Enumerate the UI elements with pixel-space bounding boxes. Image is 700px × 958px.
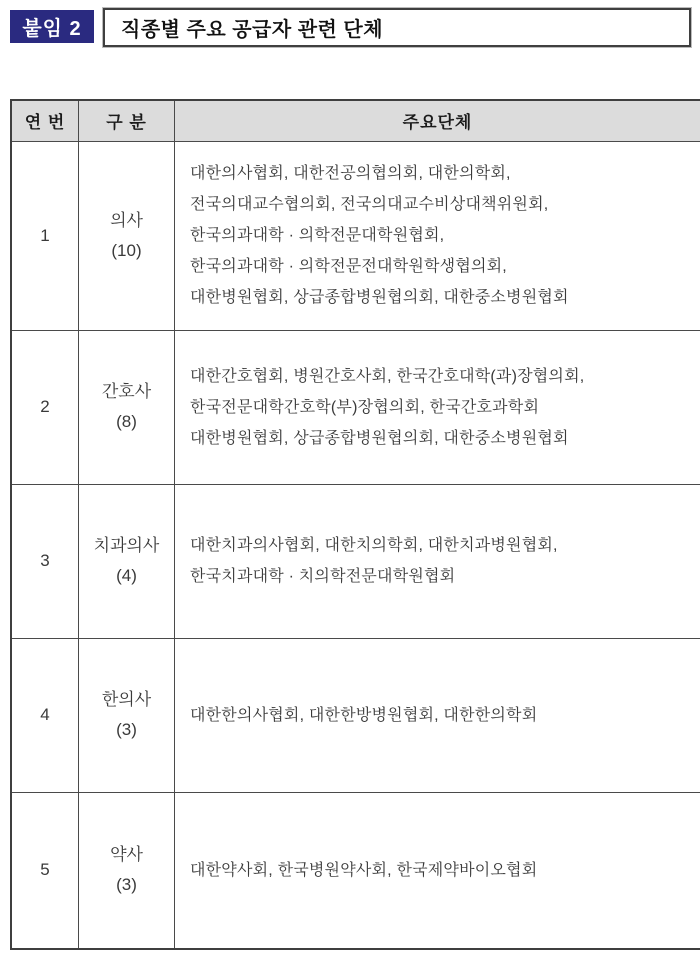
category-name: 간호사 <box>80 377 173 407</box>
row-number: 4 <box>11 638 79 792</box>
organization-line: 대한약사회, 한국병원약사회, 한국제약바이오협회 <box>190 855 692 886</box>
organization-line: 대한병원협회, 상급종합병원협의회, 대한중소병원협회 <box>190 423 692 454</box>
row-number: 5 <box>11 792 79 949</box>
attachment-badge: 붙임 2 <box>10 10 94 43</box>
category-count: (10) <box>80 236 173 266</box>
row-number: 3 <box>11 484 79 638</box>
category-cell: 의사 (10) <box>79 141 175 330</box>
category-name: 치과의사 <box>80 531 173 561</box>
row-number: 1 <box>11 141 79 330</box>
category-name: 약사 <box>80 840 173 870</box>
organization-line: 대한치과의사협회, 대한치의학회, 대한치과병원협회, <box>190 530 692 561</box>
organization-line: 대한의사협회, 대한전공의협의회, 대한의학회, <box>190 158 692 189</box>
column-header-serial-number: 연 번 <box>11 100 79 141</box>
column-header-category: 구 분 <box>79 100 175 141</box>
table-header-row: 연 번 구 분 주요단체 <box>11 100 700 141</box>
organization-line: 한국의과대학 · 의학전문대학원협회, <box>190 220 692 251</box>
category-name: 의사 <box>80 206 173 236</box>
organization-line: 한국의과대학 · 의학전문전대학원학생협의회, <box>190 251 692 282</box>
organization-line: 한국치과대학 · 치의학전문대학원협회 <box>190 561 692 592</box>
organizations-cell: 대한치과의사협회, 대한치의학회, 대한치과병원협회, 한국치과대학 · 치의학… <box>175 484 700 638</box>
organization-line: 대한간호협회, 병원간호사회, 한국간호대학(과)장협의회, <box>190 361 692 392</box>
table-row: 2 간호사 (8) 대한간호협회, 병원간호사회, 한국간호대학(과)장협의회,… <box>11 330 700 484</box>
category-count: (8) <box>80 407 173 437</box>
organizations-cell: 대한약사회, 한국병원약사회, 한국제약바이오협회 <box>175 792 700 949</box>
organization-line: 대한병원협회, 상급종합병원협의회, 대한중소병원협회 <box>190 282 692 313</box>
row-number: 2 <box>11 330 79 484</box>
supplier-organizations-table: 연 번 구 분 주요단체 1 의사 (10) 대한의사협회, 대한전공의협의회,… <box>10 99 700 950</box>
category-count: (3) <box>80 870 173 900</box>
column-header-organizations: 주요단체 <box>175 100 700 141</box>
document-title: 직종별 주요 공급자 관련 단체 <box>121 13 383 42</box>
category-count: (3) <box>80 715 173 745</box>
organizations-cell: 대한간호협회, 병원간호사회, 한국간호대학(과)장협의회, 한국전문대학간호학… <box>175 330 700 484</box>
category-cell: 한의사 (3) <box>79 638 175 792</box>
table-row: 5 약사 (3) 대한약사회, 한국병원약사회, 한국제약바이오협회 <box>11 792 700 949</box>
category-name: 한의사 <box>80 685 173 715</box>
document-page: 붙임 2 직종별 주요 공급자 관련 단체 연 번 구 분 주요단체 1 의사 … <box>0 0 700 958</box>
organization-line: 한국전문대학간호학(부)장협의회, 한국간호과학회 <box>190 392 692 423</box>
category-cell: 치과의사 (4) <box>79 484 175 638</box>
category-cell: 간호사 (8) <box>79 330 175 484</box>
table-row: 1 의사 (10) 대한의사협회, 대한전공의협의회, 대한의학회, 전국의대교… <box>11 141 700 330</box>
category-cell: 약사 (3) <box>79 792 175 949</box>
document-title-box: 직종별 주요 공급자 관련 단체 <box>103 8 691 47</box>
organizations-cell: 대한한의사협회, 대한한방병원협회, 대한한의학회 <box>175 638 700 792</box>
table-row: 4 한의사 (3) 대한한의사협회, 대한한방병원협회, 대한한의학회 <box>11 638 700 792</box>
organization-line: 전국의대교수협의회, 전국의대교수비상대책위원회, <box>190 189 692 220</box>
category-count: (4) <box>80 561 173 591</box>
organization-line: 대한한의사협회, 대한한방병원협회, 대한한의학회 <box>190 700 692 731</box>
table-row: 3 치과의사 (4) 대한치과의사협회, 대한치의학회, 대한치과병원협회, 한… <box>11 484 700 638</box>
organizations-cell: 대한의사협회, 대한전공의협의회, 대한의학회, 전국의대교수협의회, 전국의대… <box>175 141 700 330</box>
